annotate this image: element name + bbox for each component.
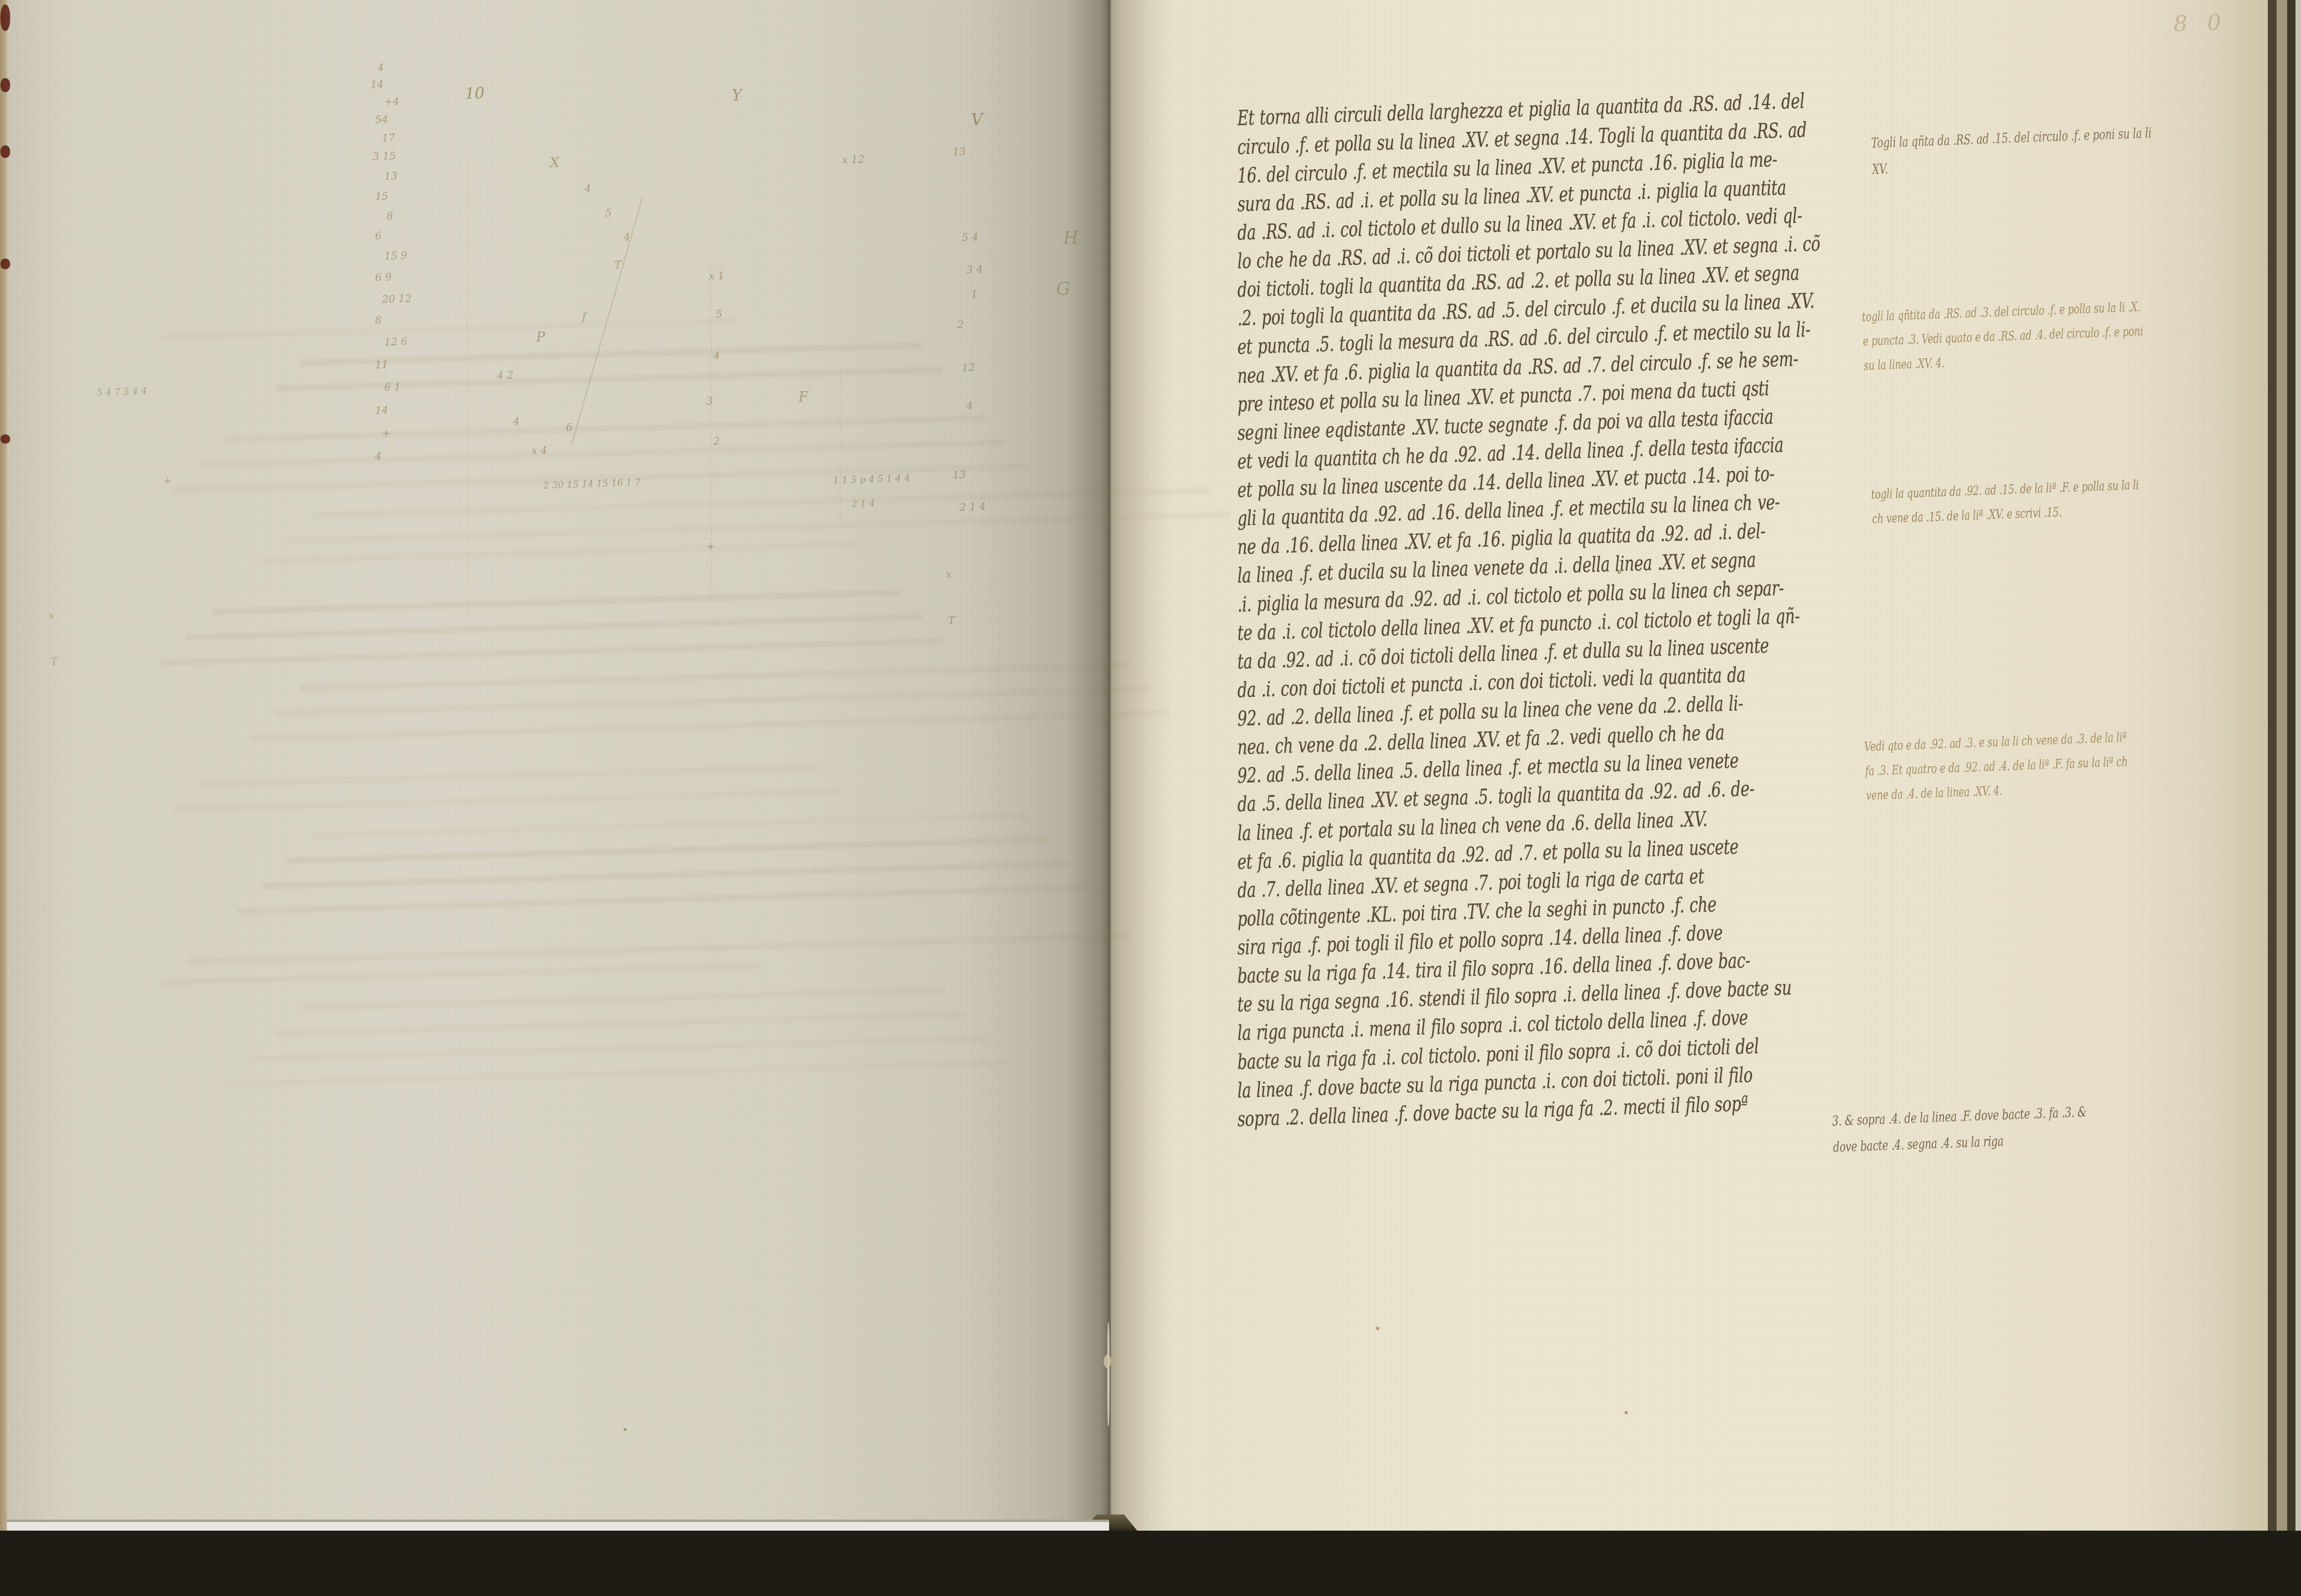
ghost-mark: T <box>614 260 622 271</box>
ghost-mark: 17 <box>382 133 395 144</box>
fore-edge-strip <box>2268 0 2277 1531</box>
dotted-guide-line <box>994 164 995 588</box>
ghost-mark: 4 <box>375 451 382 462</box>
ghost-mark: 1 <box>971 289 978 300</box>
ghost-mark: 2 1 4 <box>960 502 986 513</box>
scanner-strip <box>0 1522 1109 1530</box>
paper-speck <box>1618 571 1621 574</box>
ghost-mark: +4 <box>384 96 400 107</box>
ghost-mark: 12 <box>962 363 975 373</box>
dotted-guide-line <box>711 266 712 613</box>
ghost-mark: 3 4 <box>966 265 983 276</box>
left-page <box>0 0 1110 1531</box>
ghost-mark: + <box>163 476 173 486</box>
fore-edge-strip <box>2287 0 2295 1531</box>
paper-speck <box>1625 1411 1628 1414</box>
ghost-mark: 14 <box>375 405 388 416</box>
ghost-mark: x 4 <box>532 445 548 456</box>
margin-note: togli la qñtita da .RS. ad .3. del circu… <box>1862 294 2145 378</box>
cover-blob <box>0 145 10 158</box>
ghost-mark: 4 <box>584 184 591 194</box>
book-scan: 8 0 Et torna alli circuli della larghezz… <box>0 0 2301 1531</box>
ghost-mark: 4 <box>513 416 520 427</box>
ghost-mark: G <box>1056 280 1070 298</box>
dotted-guide-line <box>840 364 841 524</box>
binding-left-edge <box>0 0 7 1531</box>
ghost-mark: 2 1 4 <box>851 498 875 509</box>
ghost-mark: x <box>48 611 54 621</box>
ghost-mark: 8 <box>387 211 393 222</box>
ghost-mark: 6 1 <box>384 382 401 393</box>
paper-speck <box>624 1428 627 1431</box>
ghost-mark: 13 <box>953 469 966 480</box>
ghost-mark: H <box>1063 229 1079 247</box>
ghost-mark: 54 <box>375 115 388 125</box>
ghost-mark: 6 <box>375 231 382 242</box>
ghost-mark: 5 <box>605 208 612 219</box>
ghost-mark: + <box>382 428 391 439</box>
paper-speck <box>1376 1327 1379 1330</box>
fore-edge-strip <box>2295 0 2301 1531</box>
ghost-mark: 15 <box>375 191 388 202</box>
ghost-mark: 4 <box>713 350 720 361</box>
gutter-fold <box>1108 0 1111 1531</box>
ghost-mark: 2 <box>713 436 720 447</box>
ghost-mark: 13 <box>384 171 398 182</box>
margin-note: Vedi qto e da .92. ad .3. e su la li ch … <box>1864 725 2129 808</box>
sewing-thread-knot <box>1104 1354 1111 1368</box>
ghost-mark: f <box>582 312 586 323</box>
ghost-mark: 1 1 5 p 4 5 1 4 4 <box>833 473 910 485</box>
ghost-mark: 3 <box>706 396 713 407</box>
ghost-mark: 4 <box>377 63 384 73</box>
ghost-mark: 4 2 <box>497 370 514 381</box>
ghost-mark: 6 <box>566 422 573 433</box>
ghost-mark: 3 15 <box>373 151 396 162</box>
dotted-guide-line <box>467 162 468 617</box>
paper-speck <box>1378 311 1382 314</box>
ghost-mark: 15 9 <box>384 251 408 262</box>
ghost-mark: 6 9 <box>375 272 392 283</box>
ghost-mark: 8 <box>375 315 382 326</box>
fore-edge-strip <box>2277 0 2287 1531</box>
folio-number: 8 0 <box>2173 10 2228 37</box>
ghost-mark: 20 12 <box>382 293 412 305</box>
ghost-mark: 14 <box>370 79 384 90</box>
ghost-mark: V <box>971 111 983 128</box>
cover-blob <box>0 259 10 269</box>
ghost-mark: X <box>549 156 560 170</box>
ghost-mark: x 12 <box>842 154 865 165</box>
ghost-mark: 5 4 <box>962 232 979 243</box>
ghost-mark: T <box>51 656 58 667</box>
cover-blob <box>0 5 10 31</box>
ghost-mark: 10 <box>464 85 485 101</box>
ghost-mark: 13 <box>953 147 966 157</box>
ghost-mark: 5 4 7 5 4 4 <box>97 386 147 397</box>
ghost-mark: 11 <box>375 359 388 370</box>
ghost-mark: F <box>798 390 809 405</box>
cover-blob <box>0 78 10 92</box>
ghost-mark: 4 <box>966 401 973 411</box>
ghost-mark: 12 6 <box>384 336 408 347</box>
margin-note: Togli la qñta da .RS. ad .15. del circul… <box>1871 120 2153 182</box>
ghost-mark: 5 <box>716 309 723 320</box>
ghost-mark: x <box>946 569 952 580</box>
ghost-mark: 2 <box>957 320 964 330</box>
ghost-mark: Y <box>731 87 742 103</box>
margin-note: togli la quantita da .92. ad .15. de la … <box>1871 472 2140 531</box>
ghost-mark: T <box>948 615 955 626</box>
margin-note: 3. & sopra .4. de la linea .F. dove bact… <box>1832 1099 2088 1160</box>
ghost-mark: P <box>536 330 545 344</box>
cover-blob <box>0 434 10 444</box>
sewing-thread <box>1107 1322 1110 1426</box>
